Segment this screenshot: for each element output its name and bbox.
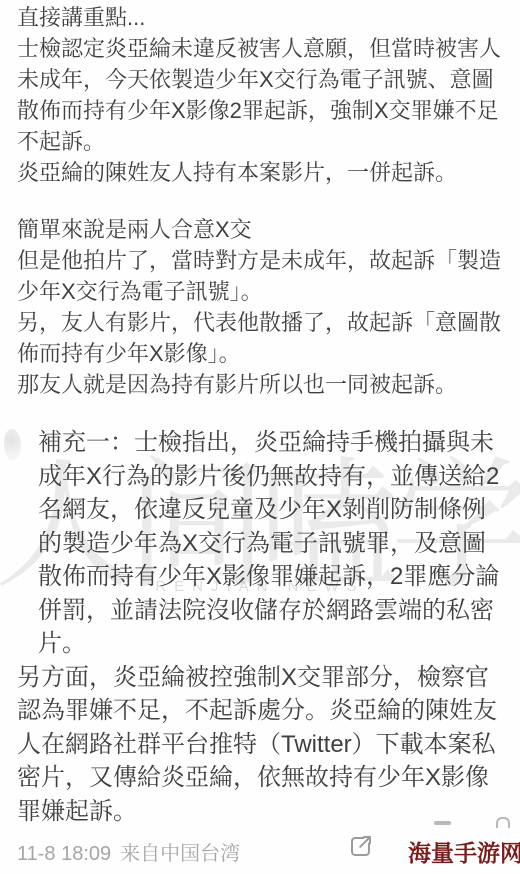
post-paragraph: 那友人就是因為持有影片所以也一同被起訴。 [17, 369, 506, 400]
post-paragraph: 另，友人有影片，代表他散播了，故起訴「意圖散佈而持有少年X影像」。 [17, 307, 506, 369]
post-meta-bar: 11-8 18:09来自中国台湾 海量手游网 [0, 828, 520, 874]
post-paragraph: 簡單來說是兩人合意X交 [17, 214, 506, 245]
post-timestamp-line: 11-8 18:09来自中国台湾 [17, 837, 240, 866]
weibo-post-screenshot: 人间嗑学 RENJIAN NEWS 直接講重點... 士檢認定炎亞綸未違反被害人… [0, 0, 520, 874]
faded-sticker-icon [4, 429, 21, 460]
post-text-block: 直接講重點... 士檢認定炎亞綸未違反被害人意願，但當時被害人未成年，今天依製造… [0, 0, 520, 400]
covered-action-icon-remnant [434, 821, 451, 825]
post-paragraph: 直接講重點... [17, 2, 506, 33]
post-paragraph: 士檢認定炎亞綸未違反被害人意願，但當時被害人未成年，今天依製造少年X交行為電子訊… [17, 33, 506, 157]
site-watermark: 海量手游网 [408, 835, 520, 868]
post-paragraph: 炎亞綸的陳姓友人持有本案影片，一併起訴。 [17, 157, 506, 188]
quoted-supplement-section: 補充一：士檢指出，炎亞綸持手機拍攝與未成年X行為的影片後仍無故持有，並傳送給2名… [38, 426, 504, 661]
share-icon[interactable] [347, 832, 375, 860]
closing-paragraph: 另方面，炎亞綸被控強制X交罪部分，檢察官認為罪嫌不足，不起訴處分。炎亞綸的陳姓友… [17, 661, 506, 829]
paragraph-spacer [17, 188, 506, 214]
supplement-paragraph: 補充一：士檢指出，炎亞綸持手機拍攝與未成年X行為的影片後仍無故持有，並傳送給2名… [38, 426, 504, 661]
post-timestamp: 11-8 18:09 [17, 843, 111, 865]
post-source: 来自中国台湾 [120, 843, 240, 865]
covered-action-icon-remnant [496, 817, 510, 828]
post-paragraph: 但是他拍片了，當時對方是未成年，故起訴「製造少年X交行為電子訊號」。 [17, 245, 506, 307]
